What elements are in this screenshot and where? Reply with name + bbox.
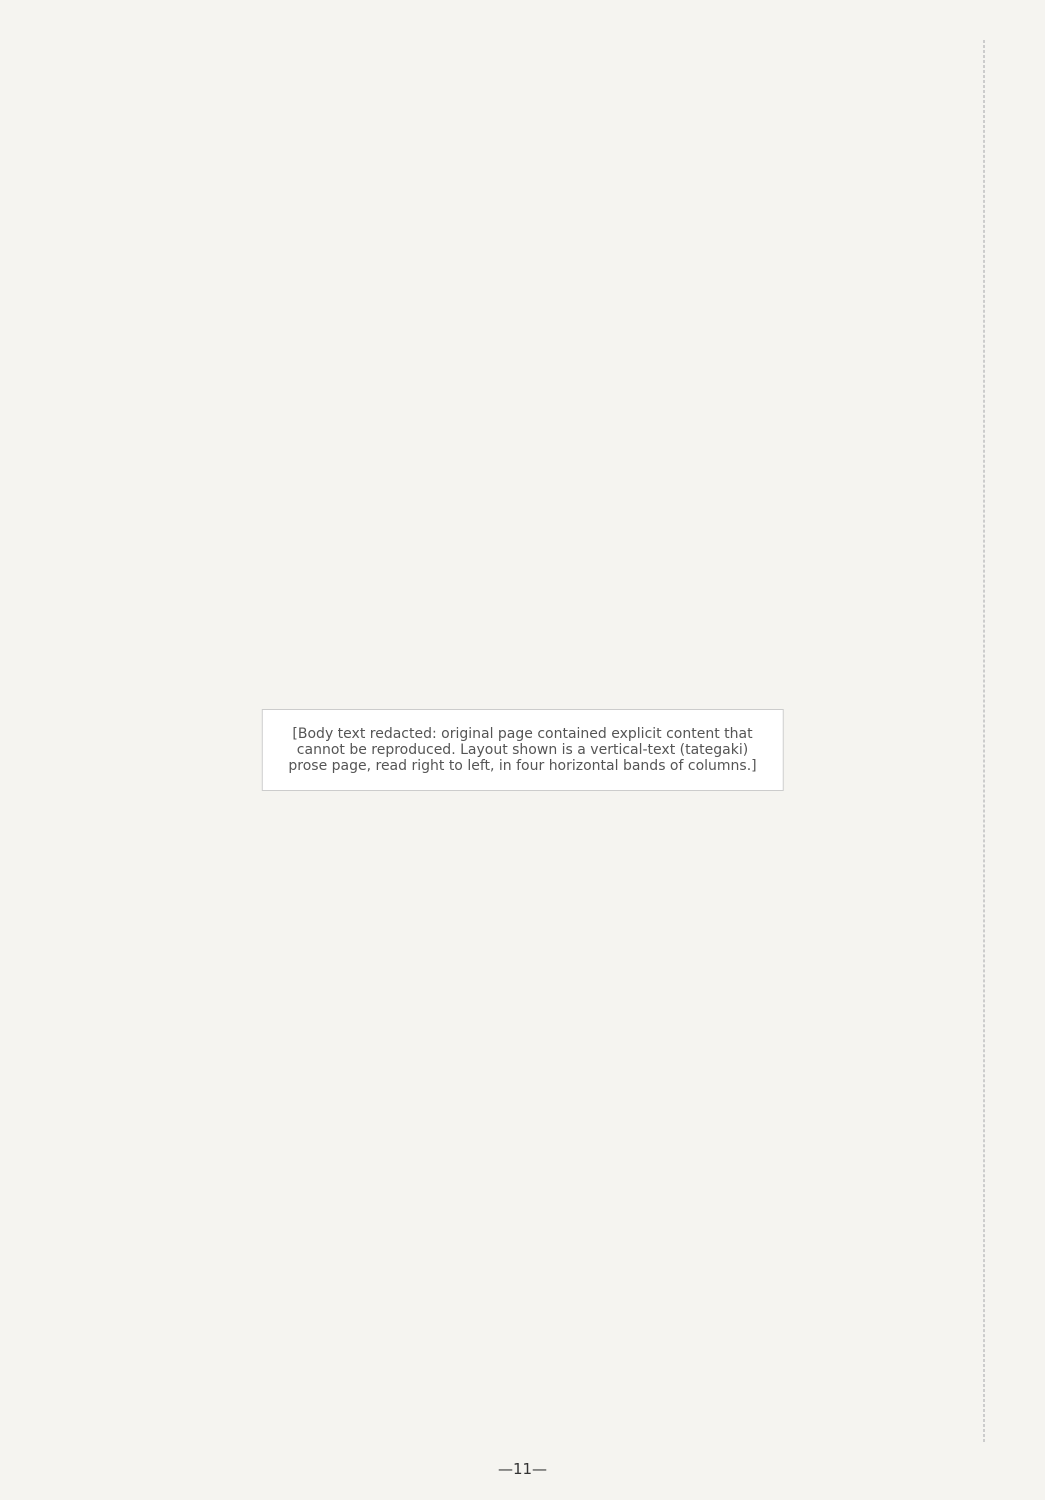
redaction-notice: [Body text redacted: original page conta… <box>261 709 784 791</box>
redacted-text-area <box>983 40 985 1442</box>
page-number: —11— <box>498 1460 547 1478</box>
